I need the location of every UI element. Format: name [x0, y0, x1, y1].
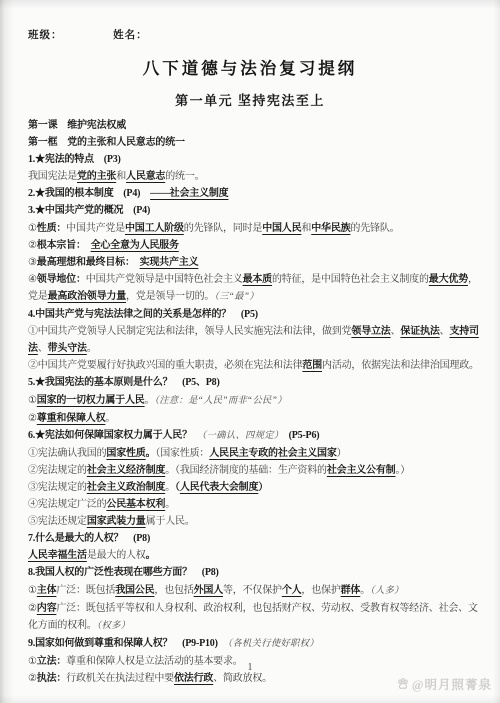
doc-line: ④领导地位：中国共产党领导是中国特色社会主义最本质的特征，是中国特色社会主义制度… — [28, 271, 482, 288]
text-segment: 。 — [165, 499, 175, 510]
text-segment: 的特征，是中国特色社会主义制度的 — [272, 274, 429, 285]
doc-line: ⑤宪法还规定国家武装力量属于人民。 — [28, 513, 482, 530]
doc-line: ①性质：中国共产党是中国工人阶级的先锋队，同时是中国人民和中华民族的先锋队。 — [28, 220, 482, 237]
doc-line: ①主体广泛：既包括我国公民，也包括外国人等，不仅保护个人，也保护群体。（人多） — [28, 582, 482, 600]
text-segment: 。 — [146, 448, 156, 459]
doc-line: 我国宪法是党的主张和人民意志的统一。 — [28, 168, 482, 185]
text-segment: 最大优势 — [429, 274, 468, 285]
text-segment: ② — [28, 603, 37, 614]
text-segment: 我国宪法是 — [28, 171, 77, 182]
text-segment: （各机关行使好职权） — [228, 639, 319, 649]
text-segment: 广泛：既包括平等权和人身权利、政治权利，也包括财产权、劳动权、受教育权等经济、社… — [56, 603, 477, 614]
text-segment: 国家的一切权力属于人民 — [37, 395, 145, 406]
text-segment: ① — [28, 223, 37, 234]
text-segment: 9.国家如何做到尊重和保障人权？ (P9-P10) — [28, 638, 228, 649]
doc-line: 法、带头守法。 — [28, 340, 482, 357]
text-segment: 等，不仅保护 — [223, 585, 282, 596]
text-segment: ② — [28, 673, 37, 684]
document-page: 班级： 姓名： 八下道德与法治复习提纲 第一单元 坚持宪法至上 第一课 维护宪法… — [0, 0, 500, 703]
text-segment: 最高政治领导力量 — [48, 291, 126, 302]
text-segment: 外国人 — [194, 585, 223, 596]
document-lines: 第一课 维护宪法权威第一框 党的主张和人民意志的统一1.★宪法的特点 (P3)我… — [0, 117, 500, 687]
text-segment: 社会主义经济制度 — [87, 465, 165, 476]
text-segment: ， — [468, 274, 478, 285]
text-segment: 党是 — [28, 291, 48, 302]
text-segment: 支持司 — [449, 326, 478, 337]
doc-line: 1.★宪法的特点 (P3) — [28, 151, 482, 168]
doc-line: 8.我国人权的广泛性表现在哪些方面？ (P8) — [28, 564, 482, 581]
text-segment: 人民幸福生活 — [28, 550, 87, 561]
text-segment: （我国经济制度的基础：生产资料的 — [175, 465, 327, 476]
doc-line: 3.★中国共产党的概况 (P4) — [28, 202, 482, 219]
text-segment: (P5-P6) — [279, 430, 320, 441]
text-segment: 的先锋队，同时是 — [184, 223, 262, 234]
text-segment: 和 — [116, 171, 126, 182]
doc-line: 人民幸福生活是最大的人权。 — [28, 547, 482, 564]
text-segment: 8.我国人权的广泛性表现在哪些方面？ (P8) — [28, 567, 219, 578]
page-number: 1 — [0, 662, 500, 673]
watermark: @明月照菁泉 — [396, 675, 492, 693]
text-segment: 全心全意为人民服务 — [91, 240, 179, 251]
text-segment: 的先锋队。 — [350, 223, 399, 234]
text-segment: 1.★宪法的特点 (P3) — [28, 154, 121, 165]
text-segment: 是最大的人权 — [87, 550, 146, 561]
text-segment: 化方面的权利。 — [28, 620, 97, 631]
text-segment: 。） — [395, 465, 410, 476]
text-segment: 7.什么是最大的人权？ (P8) — [28, 533, 150, 544]
doc-line: ②内容广泛：既包括平等权和人身权利、政治权利，也包括财产权、劳动权、受教育权等经… — [28, 600, 482, 617]
doc-line: ②根本宗旨： 全心全意为人民服务 — [28, 237, 482, 254]
text-segment: ② — [28, 240, 37, 251]
text-segment: 的统一。 — [165, 171, 204, 182]
text-segment: 最本质 — [243, 274, 272, 285]
text-segment: ②中国共产党要履行好执政兴国的重大职责，必须在宪法和法律 — [28, 360, 302, 371]
doc-line: 6.★宪法如何保障国家权力属于人民？ （一确认、四规定） (P5-P6) — [28, 427, 482, 445]
text-segment: ，也包括 — [154, 585, 193, 596]
text-segment: 依法行政 — [174, 673, 213, 684]
text-segment: 中国人民 — [262, 223, 301, 234]
text-segment: （三“最”） — [214, 292, 259, 302]
text-segment: 群体 — [341, 585, 361, 596]
doc-line: ③宪法规定的社会主义政治制度。（人民代表大会制度） — [28, 479, 482, 496]
doc-line: ②宪法规定的社会主义经济制度。（我国经济制度的基础：生产资料的社会主义公有制。） — [28, 462, 482, 479]
text-segment: 国家武装力量 — [87, 516, 146, 527]
text-segment: 行政机关在执法过程中要 — [66, 673, 174, 684]
text-segment: 广泛：既包括 — [56, 585, 115, 596]
text-segment: 2.★我国的根本制度 (P4) — [28, 188, 150, 199]
doc-line: ③最高理想和最终目标： 实现共产主义 — [28, 254, 482, 271]
text-segment: 内活动，依据宪法和法律治国理政。 — [322, 360, 479, 371]
text-segment: 第一课 维护宪法权威 — [28, 120, 126, 131]
text-segment: ① — [28, 585, 37, 596]
text-segment: 4.中国共产党与宪法法律之间的关系是怎样的？ (P5) — [28, 309, 258, 320]
doc-line: ①国家的一切权力属于人民。（注意：是“人民”而非“公民”） — [28, 392, 482, 410]
text-segment: 第一框 党的主张和人民意志的统一 — [28, 137, 185, 148]
text-segment: （人多） — [370, 586, 404, 596]
text-segment: 尊重和保障人权 — [37, 413, 106, 424]
text-segment: 中国工人阶级 — [125, 223, 184, 234]
doc-line: 第一课 维护宪法权威 — [28, 117, 482, 134]
text-segment: ③ — [28, 257, 37, 268]
text-segment: 3.★中国共产党的概况 (P4) — [28, 205, 150, 216]
page-title: 八下道德与法治复习提纲 — [0, 55, 500, 79]
text-segment: 性质： — [37, 223, 66, 234]
text-segment: 。 — [145, 395, 155, 406]
text-segment: 领导立法 — [351, 326, 390, 337]
text-segment: 5.★我国宪法的基本原则是什么？ (P5、P8) — [28, 377, 220, 388]
text-segment: ③宪法规定的 — [28, 482, 87, 493]
text-segment: 根本宗旨： — [37, 240, 91, 251]
paw-icon — [396, 677, 410, 691]
doc-line: 5.★我国宪法的基本原则是什么？ (P5、P8) — [28, 374, 482, 391]
text-segment: ，也保护 — [301, 585, 340, 596]
text-segment: 。 — [360, 585, 370, 596]
doc-line: 9.国家如何做到尊重和保障人权？ (P9-P10) （各机关行使好职权） — [28, 635, 482, 653]
doc-line: 7.什么是最大的人权？ (P8) — [28, 530, 482, 547]
text-segment: ） — [337, 448, 347, 459]
text-segment: 内容 — [37, 603, 57, 614]
text-segment: 执法： — [37, 673, 66, 684]
text-segment: 、 — [391, 326, 401, 337]
text-segment: （权多） — [97, 621, 131, 631]
text-segment: 实现共产主义 — [140, 257, 199, 268]
text-segment: 人民民主专政的社会主义国家 — [209, 448, 336, 459]
name-label: 姓名： — [113, 30, 148, 41]
doc-line: ②中国共产党要履行好执政兴国的重大职责，必须在宪法和法律范围内活动，依据宪法和法… — [28, 357, 482, 374]
text-segment: 最高理想和最终目标： — [37, 257, 140, 268]
text-segment: ④宪法规定广泛的 — [28, 499, 106, 510]
text-segment: 法 — [28, 343, 38, 354]
meta-row: 班级： 姓名： — [0, 0, 500, 42]
doc-line: ①宪法确认我国的国家性质。（国家性质：人民民主专政的社会主义国家） — [28, 445, 482, 462]
doc-line: 4.中国共产党与宪法法律之间的关系是怎样的？ (P5) — [28, 306, 482, 323]
text-segment: ②宪法规定的 — [28, 465, 87, 476]
text-segment: 社会主义公有制 — [327, 465, 396, 476]
text-segment: 范围 — [302, 360, 322, 371]
text-segment: 、简政放权。 — [213, 673, 272, 684]
text-segment: 带头守法 — [48, 343, 87, 354]
text-segment: ① — [28, 395, 37, 406]
text-segment: ⑤宪法还规定 — [28, 516, 87, 527]
text-segment: ①中国共产党领导人民制定宪法和法律，领导人民实施宪法和法律，做到党 — [28, 326, 351, 337]
text-segment: 。 — [165, 482, 175, 493]
text-segment: （注意：是“人民”而非“公民”） — [154, 396, 286, 406]
text-segment: ② — [28, 413, 37, 424]
text-segment: 个人 — [282, 585, 302, 596]
doc-line: 化方面的权利。（权多） — [28, 617, 482, 635]
text-segment: ④ — [28, 274, 37, 285]
text-segment: 社会主义政治制度 — [87, 482, 165, 493]
text-segment: （一确认、四规定） — [202, 431, 279, 441]
text-segment: 6.★宪法如何保障国家权力属于人民？ — [28, 430, 202, 441]
text-segment: 和 — [301, 223, 311, 234]
doc-line: ④宪法规定广泛的公民基本权利。 — [28, 496, 482, 513]
text-segment: 国家性质 — [106, 448, 145, 459]
text-segment: 中国共产党是 — [66, 223, 125, 234]
text-segment: ，党是领导一切的。 — [126, 291, 214, 302]
text-segment: 。 — [165, 465, 175, 476]
watermark-text: @明月照菁泉 — [412, 675, 492, 693]
text-segment: 人民意志 — [126, 171, 165, 182]
text-segment: 人民代表大会制度 — [180, 482, 258, 493]
doc-line: ①中国共产党领导人民制定宪法和法律，领导人民实施宪法和法律，做到党领导立法、保证… — [28, 323, 482, 340]
text-segment: 中国共产党领导是中国特色社会主义 — [86, 274, 243, 285]
text-segment: 公民基本权利 — [106, 499, 165, 510]
text-segment: 。 — [105, 413, 115, 424]
text-segment: 中华民族 — [311, 223, 350, 234]
doc-line: 2.★我国的根本制度 (P4) ——社会主义制度 — [28, 185, 482, 202]
text-segment: 。 — [87, 343, 97, 354]
text-segment: 、 — [440, 326, 450, 337]
class-label: 班级： — [28, 30, 63, 41]
text-segment: ） — [258, 482, 268, 493]
text-segment: 。 — [146, 550, 156, 561]
doc-line: ②尊重和保障人权。 — [28, 410, 482, 427]
text-segment: 党的主张 — [77, 171, 116, 182]
doc-line: 党是最高政治领导力量，党是领导一切的。（三“最”） — [28, 288, 482, 306]
text-segment: 我国公民 — [115, 585, 154, 596]
text-segment: 主体 — [37, 585, 57, 596]
text-segment: （国家性质： — [155, 448, 209, 459]
text-segment: 领导地位： — [37, 274, 86, 285]
text-segment: 、 — [38, 343, 48, 354]
text-segment: 保证执法 — [400, 326, 439, 337]
text-segment: 属于人民。 — [146, 516, 195, 527]
unit-heading: 第一单元 坚持宪法至上 — [0, 90, 500, 109]
text-segment: ——社会主义制度 — [150, 188, 228, 199]
text-segment: ①宪法确认我国的 — [28, 448, 106, 459]
doc-line: 第一框 党的主张和人民意志的统一 — [28, 134, 482, 151]
